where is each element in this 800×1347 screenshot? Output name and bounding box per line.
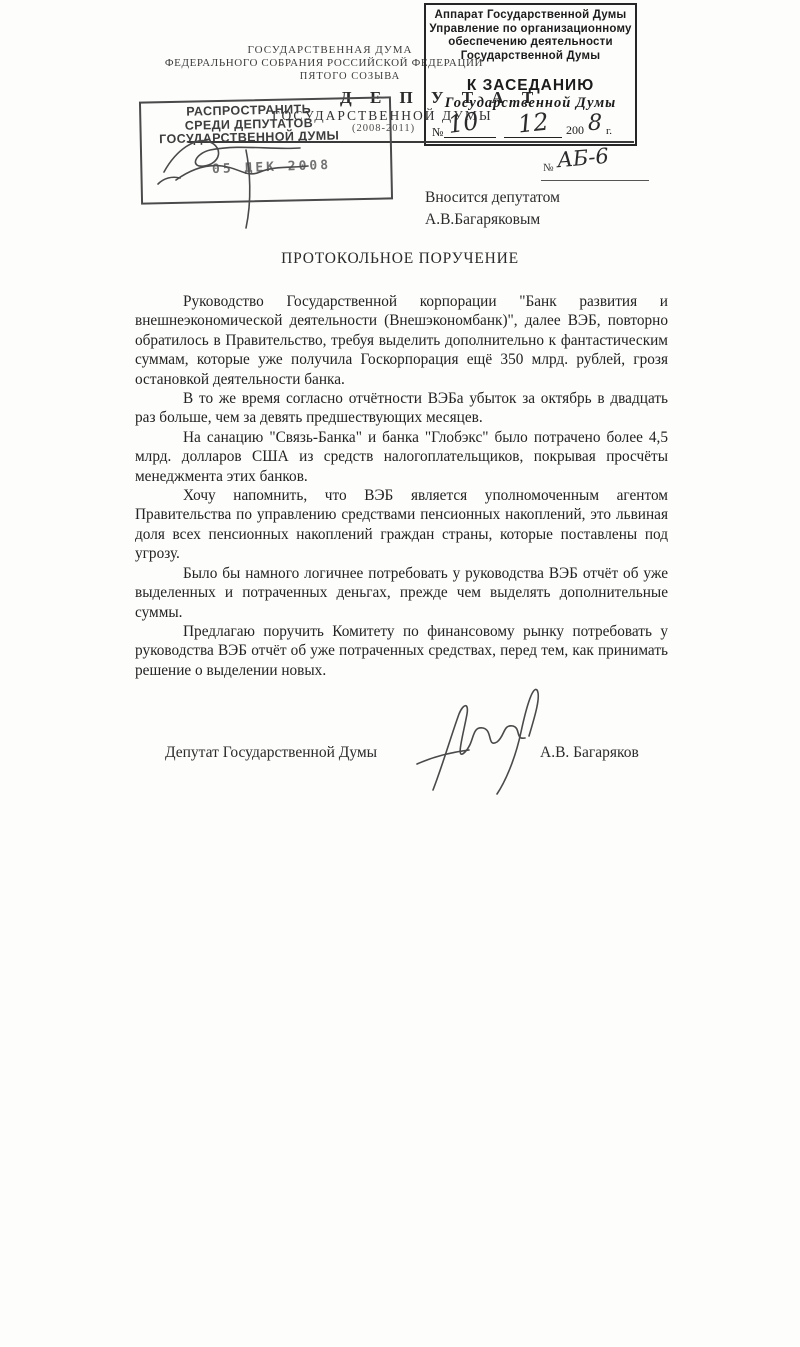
deputy-signature (405, 678, 555, 803)
printed-year-prefix: 200 (566, 123, 584, 138)
document-number-underline (541, 180, 649, 181)
handwritten-document-number: АБ-6 (556, 144, 610, 172)
submitted-by-line1: Вносится депутатом (425, 187, 560, 209)
letterhead-convocation-line: ПЯТОГО СОЗЫВА (270, 71, 430, 82)
document-page: ГОСУДАРСТВЕННАЯ ДУМА ФЕДЕРАЛЬНОГО СОБРАН… (0, 0, 800, 1347)
body-paragraph: В то же время согласно отчётности ВЭБа у… (135, 389, 668, 428)
body-paragraph: На санацию "Связь-Банка" и банка "Глобэк… (135, 428, 668, 486)
number-sign: № (543, 162, 554, 174)
apparatus-stamp: Аппарат Государственной Думы Управление … (424, 3, 637, 146)
session-date-line: № 10 12 200 8 г. (430, 113, 630, 141)
apparatus-stamp-line: обеспечению деятельности (426, 36, 635, 50)
submitted-by-line2: А.В.Багаряковым (425, 209, 560, 231)
document-number: № АБ-6 (543, 148, 663, 184)
number-sign: № (432, 125, 443, 140)
apparatus-stamp-line: Аппарат Государственной Думы (426, 9, 635, 23)
signature-name: А.В. Багаряков (540, 744, 639, 762)
year-suffix: г. (606, 125, 612, 137)
apparatus-stamp-line: Управление по организационному (426, 23, 635, 37)
handwritten-year-digit: 8 (588, 111, 602, 136)
apparatus-stamp-line: Государственной Думы (426, 50, 635, 64)
handwritten-month: 12 (517, 107, 550, 138)
distribution-stamp: РАСПРОСТРАНИТЬ СРЕДИ ДЕПУТАТОВ ГОСУДАРСТ… (139, 96, 393, 204)
signature-position-label: Депутат Государственной Думы (165, 744, 377, 762)
body-paragraph: Руководство Государственной корпорации "… (135, 292, 668, 389)
document-body: Руководство Государственной корпорации "… (135, 292, 668, 680)
page-title: ПРОТОКОЛЬНОЕ ПОРУЧЕНИЕ (0, 250, 800, 268)
submitted-by: Вносится депутатом А.В.Багаряковым (425, 187, 560, 230)
handwritten-day: 10 (446, 107, 480, 139)
distribution-stamp-line: ГОСУДАРСТВЕННОЙ ДУМЫ (142, 129, 357, 147)
body-paragraph: Было бы намного логичнее потребовать у р… (135, 564, 668, 622)
session-stamp-title: К ЗАСЕДАНИЮ (426, 77, 635, 95)
body-paragraph: Предлагаю поручить Комитету по финансово… (135, 622, 668, 680)
body-paragraph: Хочу напомнить, что ВЭБ является уполном… (135, 486, 668, 564)
